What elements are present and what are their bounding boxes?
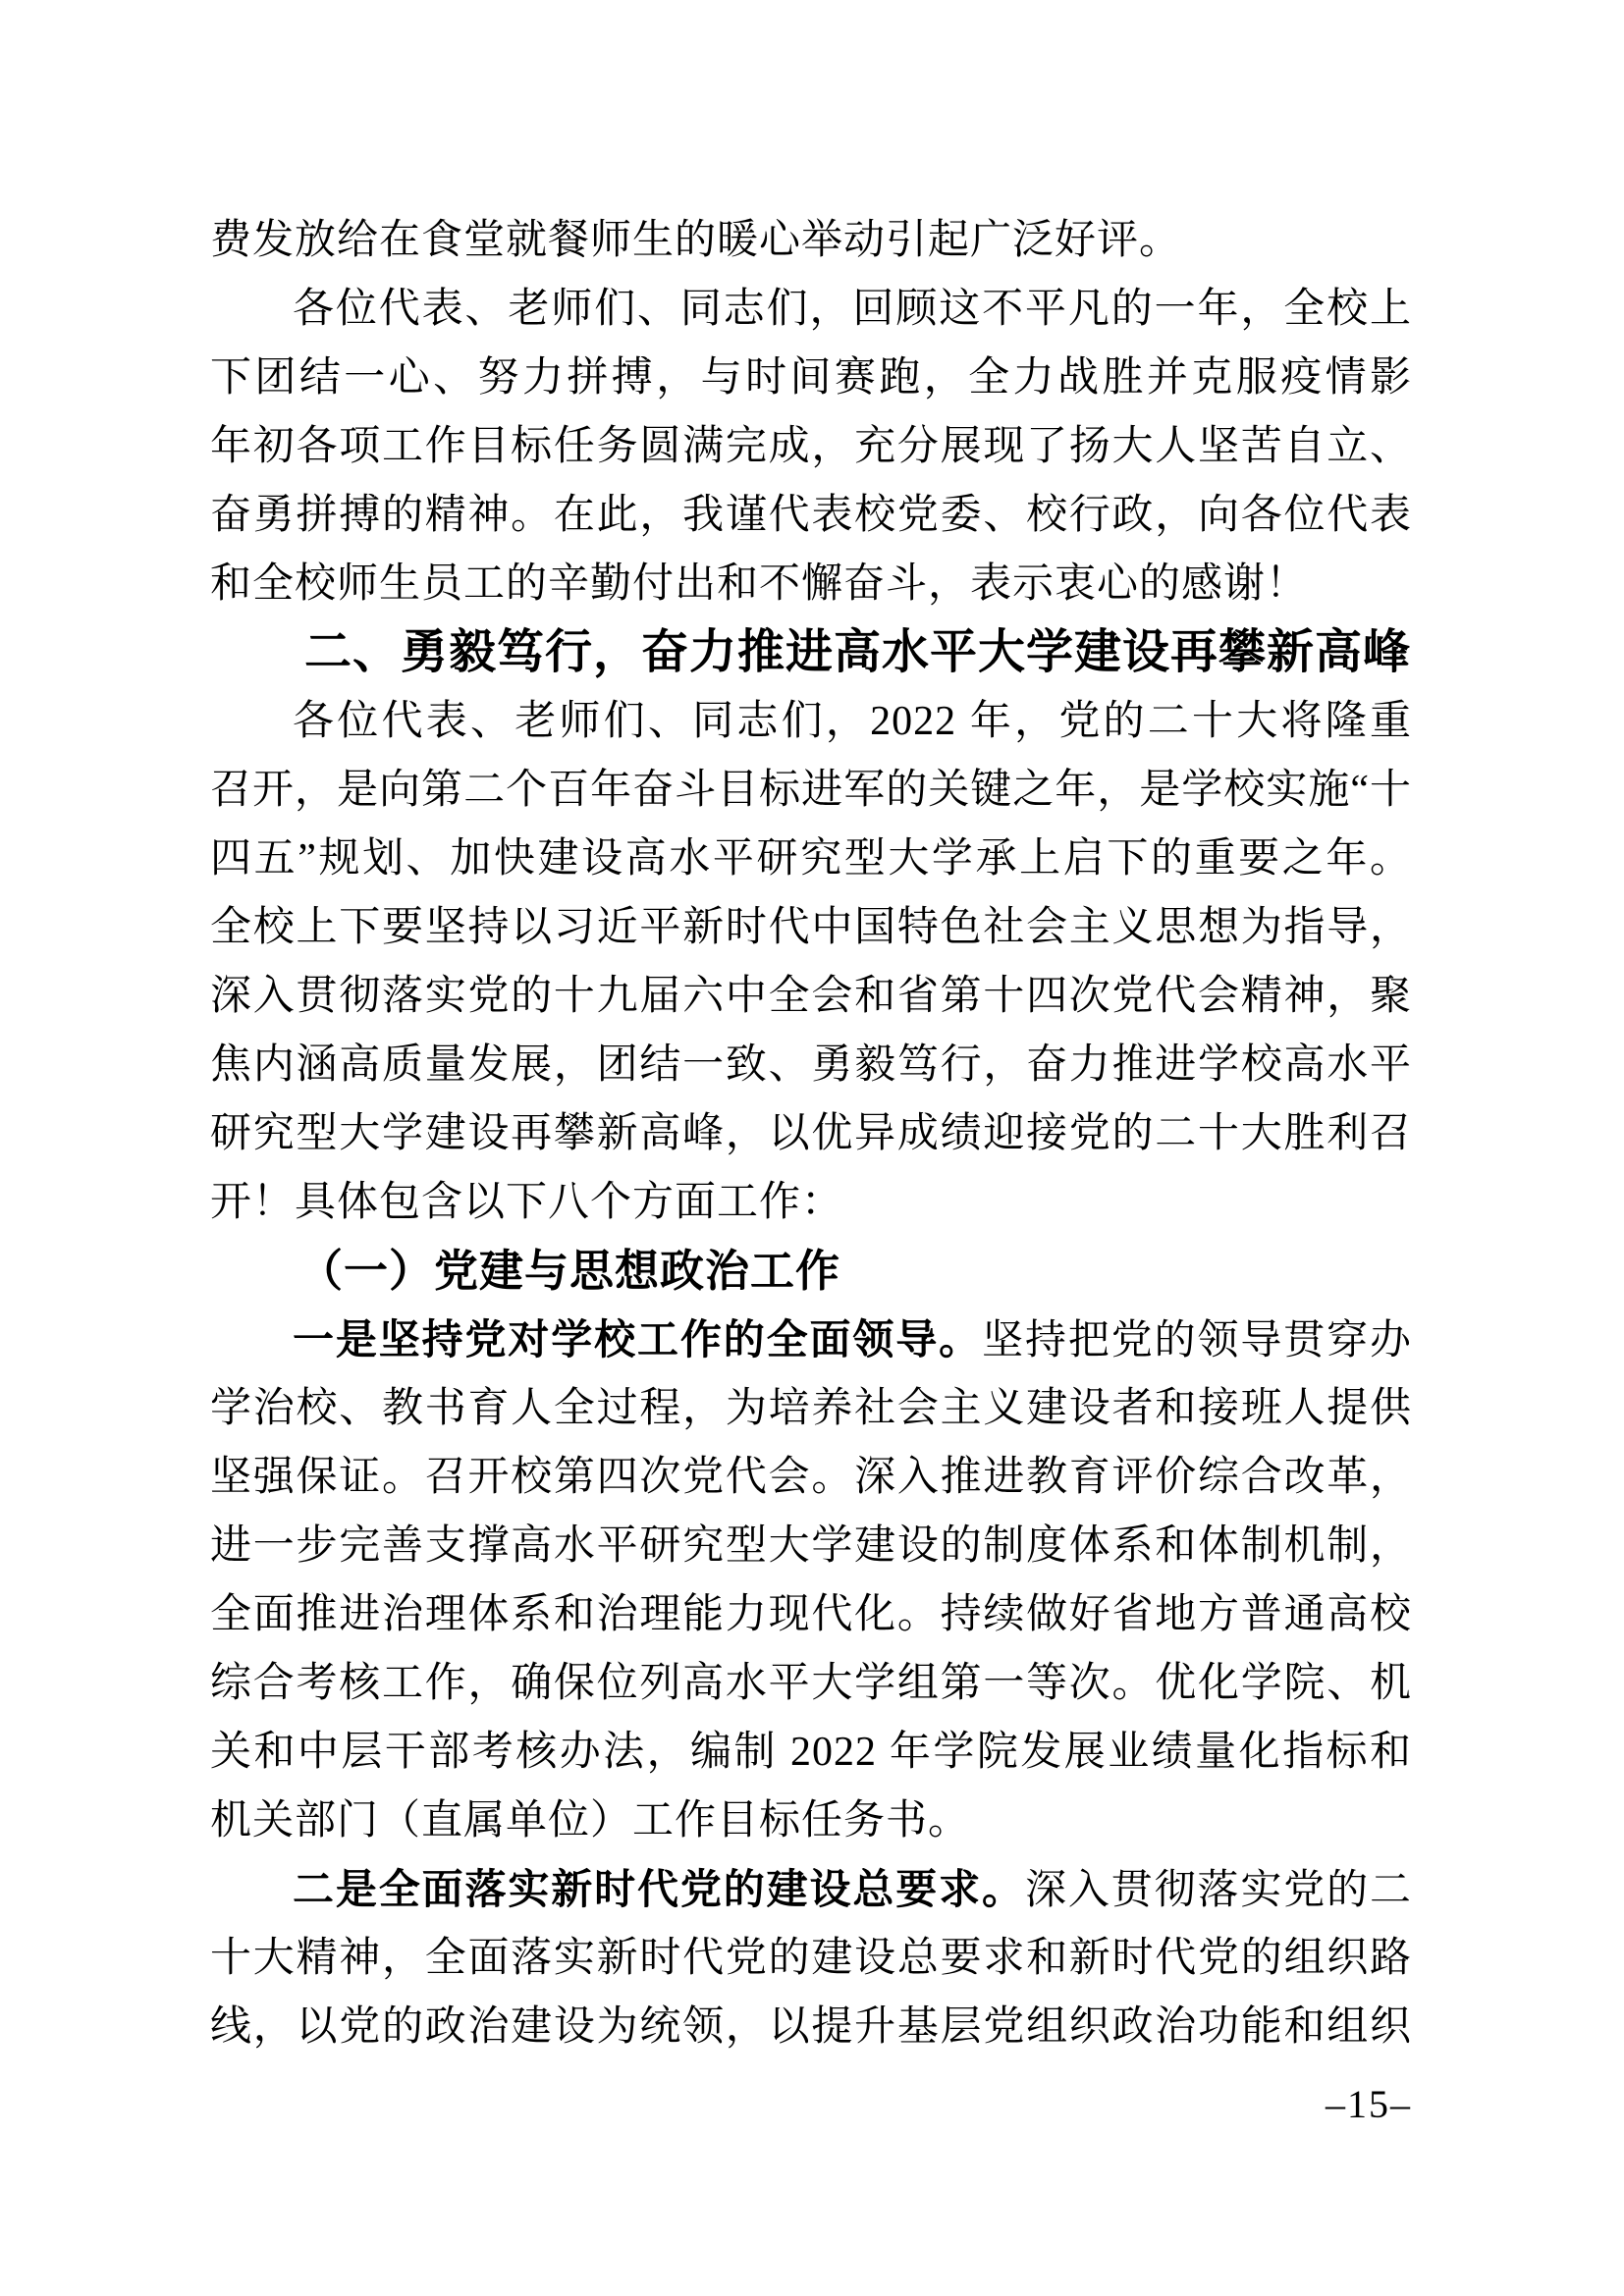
document-line: 二是全面落实新时代党的建设总要求。深入贯彻落实党的二 bbox=[210, 1855, 1412, 1924]
document-line: 坚强保证。召开校第四次党代会。深入推进教育评价综合改革， bbox=[210, 1443, 1412, 1512]
document-body: 费发放给在食堂就餐师生的暖心举动引起广泛好评。各位代表、老师们、同志们，回顾这不… bbox=[210, 206, 1412, 2061]
section-heading: 二、勇毅笃行，奋力推进高水平大学建设再攀新高峰 bbox=[210, 618, 1412, 687]
document-line: 综合考核工作，确保位列高水平大学组第一等次。优化学院、机 bbox=[210, 1649, 1412, 1718]
paragraph-lead-emphasis: 一是坚持党对学校工作的全面领导。 bbox=[293, 1316, 982, 1362]
document-line: 线，以党的政治建设为统领，以提升基层党组织政治功能和组织 bbox=[210, 1993, 1412, 2061]
document-line: 下团结一心、努力拼搏，与时间赛跑，全力战胜并克服疫情影响， bbox=[210, 344, 1412, 412]
document-line: 关和中层干部考核办法，编制 2022 年学院发展业绩量化指标和 bbox=[210, 1718, 1412, 1787]
page-number: –15– bbox=[1326, 2081, 1412, 2128]
document-line: 各位代表、老师们、同志们，2022 年，党的二十大将隆重 bbox=[210, 687, 1412, 756]
document-line: 年初各项工作目标任务圆满完成，充分展现了扬大人坚苦自立、 bbox=[210, 412, 1412, 481]
document-line: 和全校师生员工的辛勤付出和不懈奋斗，表示衷心的感谢！ bbox=[210, 550, 1412, 618]
paragraph-lead-emphasis: 二是全面落实新时代党的建设总要求。 bbox=[293, 1866, 1025, 1912]
document-line: 进一步完善支撑高水平研究型大学建设的制度体系和体制机制， bbox=[210, 1512, 1412, 1580]
document-line: 奋勇拼搏的精神。在此，我谨代表校党委、校行政，向各位代表 bbox=[210, 481, 1412, 550]
document-line: 召开，是向第二个百年奋斗目标进军的关键之年，是学校实施“十 bbox=[210, 756, 1412, 825]
document-line: 全面推进治理体系和治理能力现代化。持续做好省地方普通高校 bbox=[210, 1580, 1412, 1649]
document-line: 焦内涵高质量发展，团结一致、勇毅笃行，奋力推进学校高水平 bbox=[210, 1031, 1412, 1099]
document-line: 机关部门（直属单位）工作目标任务书。 bbox=[210, 1787, 1412, 1855]
document-line: 研究型大学建设再攀新高峰，以优异成绩迎接党的二十大胜利召 bbox=[210, 1099, 1412, 1168]
document-line: 十大精神，全面落实新时代党的建设总要求和新时代党的组织路 bbox=[210, 1924, 1412, 1993]
document-line: 开！具体包含以下八个方面工作： bbox=[210, 1168, 1412, 1237]
subsection-heading: （一）党建与思想政治工作 bbox=[210, 1237, 1412, 1306]
document-line: 全校上下要坚持以习近平新时代中国特色社会主义思想为指导， bbox=[210, 893, 1412, 962]
document-line: 深入贯彻落实党的十九届六中全会和省第十四次党代会精神，聚 bbox=[210, 962, 1412, 1031]
document-line: 学治校、教书育人全过程，为培养社会主义建设者和接班人提供 bbox=[210, 1374, 1412, 1443]
document-page: 费发放给在食堂就餐师生的暖心举动引起广泛好评。各位代表、老师们、同志们，回顾这不… bbox=[0, 0, 1624, 2296]
document-line: 费发放给在食堂就餐师生的暖心举动引起广泛好评。 bbox=[210, 206, 1412, 275]
document-line: 一是坚持党对学校工作的全面领导。坚持把党的领导贯穿办 bbox=[210, 1306, 1412, 1374]
document-line: 各位代表、老师们、同志们，回顾这不平凡的一年，全校上 bbox=[210, 275, 1412, 344]
document-line: 四五”规划、加快建设高水平研究型大学承上启下的重要之年。 bbox=[210, 825, 1412, 893]
